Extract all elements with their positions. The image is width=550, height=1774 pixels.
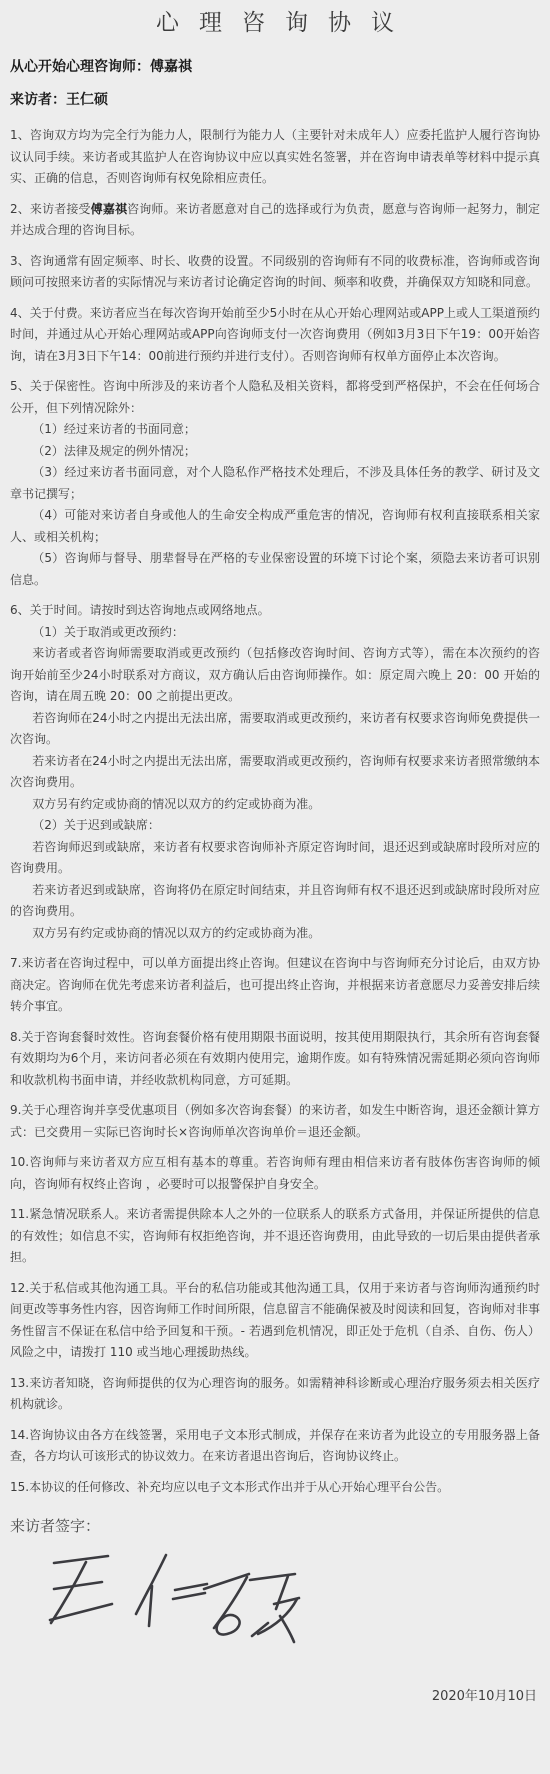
clause-6-item-1: （1）关于取消或更改预约： bbox=[10, 622, 540, 644]
clause-12: 12.关于私信或其他沟通工具。平台的私信功能或其他沟通工具，仅用于来访者与咨询师… bbox=[10, 1278, 540, 1364]
clause-8: 8.关于咨询套餐时效性。咨询套餐价格有使用期限书面说明，按其使用期限执行，其余所… bbox=[10, 1027, 540, 1092]
clause-14: 14.咨询协议由各方在线签署，采用电子文本形式制成，并保存在来访者为此设立的专用… bbox=[10, 1425, 540, 1468]
clause-4: 4、关于付费。来访者应当在每次咨询开始前至少5小时在从心开始心理网站或APP上或… bbox=[10, 303, 540, 368]
clause-6: 6、关于时间。请按时到达咨询地点或网络地点。 （1）关于取消或更改预约： 来访者… bbox=[10, 600, 540, 944]
visitor-line: 来访者：王仁硕 bbox=[10, 90, 540, 110]
page-title: 心理咨询协议 bbox=[10, 6, 540, 40]
clause-6-main: 6、关于时间。请按时到达咨询地点或网络地点。 bbox=[10, 600, 540, 622]
clause-9: 9.关于心理咨询并享受优惠项目（例如多次咨询套餐）的来访者，如发生中断咨询，退还… bbox=[10, 1100, 540, 1143]
clause-6-para-4: 双方另有约定或协商的情况以双方的约定或协商为准。 bbox=[10, 794, 540, 816]
clause-3: 3、咨询通常有固定频率、时长、收费的设置。不同级别的咨询师有不同的收费标准，咨询… bbox=[10, 251, 540, 294]
date-text: 2020年10月10日 bbox=[432, 1687, 537, 1707]
clause-list: 1、咨询双方均为完全行为能力人，限制行为能力人（主要针对未成年人）应委托监护人履… bbox=[10, 125, 540, 1498]
counselor-name-bold: 傅嘉祺 bbox=[91, 202, 127, 216]
clause-5-item-3: （3）经过来访者书面同意，对个人隐私作严格技术处理后，不涉及具体任务的教学、研讨… bbox=[10, 462, 540, 505]
counselor-line: 从心开始心理咨询师：傅嘉祺 bbox=[10, 57, 540, 77]
clause-2-prefix: 2、来访者接受 bbox=[10, 202, 91, 216]
clause-6-para-1: 来访者或者咨询师需要取消或更改预约（包括修改咨询时间、咨询方式等），需在本次预约… bbox=[10, 643, 540, 708]
clause-2: 2、来访者接受傅嘉祺咨询师。来访者愿意对自己的选择或行为负责，愿意与咨询师一起努… bbox=[10, 199, 540, 242]
clause-13: 13.来访者知晓，咨询师提供的仅为心理咨询的服务。如需精神科诊断或心理治疗服务须… bbox=[10, 1373, 540, 1416]
clause-6-item-2: （2）关于迟到或缺席： bbox=[10, 815, 540, 837]
handwritten-signature bbox=[42, 1546, 302, 1661]
clause-5: 5、关于保密性。咨询中所涉及的来访者个人隐私及相关资料，都将受到严格保护，不会在… bbox=[10, 376, 540, 591]
clause-5-item-5: （5）咨询师与督导、朋辈督导在严格的专业保密设置的环境下讨论个案，须隐去来访者可… bbox=[10, 548, 540, 591]
clause-7: 7.来访者在咨询过程中，可以单方面提出终止咨询。但建议在咨询中与咨询师充分讨论后… bbox=[10, 953, 540, 1018]
clause-11: 11.紧急情况联系人。来访者需提供除本人之外的一位联系人的联系方式备用，并保证所… bbox=[10, 1204, 540, 1269]
clause-6-para-5: 若咨询师迟到或缺席，来访者有权要求咨询师补齐原定咨询时间，退还迟到或缺席时段所对… bbox=[10, 837, 540, 880]
agreement-document: 心理咨询协议 从心开始心理咨询师：傅嘉祺 来访者：王仁硕 1、咨询双方均为完全行… bbox=[0, 0, 550, 1774]
clause-6-para-2: 若咨询师在24小时之内提出无法出席，需要取消或更改预约，来访者有权要求咨询师免费… bbox=[10, 708, 540, 751]
clause-5-main: 5、关于保密性。咨询中所涉及的来访者个人隐私及相关资料，都将受到严格保护，不会在… bbox=[10, 376, 540, 419]
clause-15: 15.本协议的任何修改、补充均应以电子文本形式作出并于从心开始心理平台公告。 bbox=[10, 1477, 540, 1499]
clause-10: 10.咨询师与来访者双方应互相有基本的尊重。若咨询师有理由相信来访者有肢体伤害咨… bbox=[10, 1152, 540, 1195]
clause-5-item-4: （4）可能对来访者自身或他人的生命安全构成严重危害的情况，咨询师有权利直接联系相… bbox=[10, 505, 540, 548]
signature-strokes-svg bbox=[42, 1546, 302, 1661]
clause-6-para-6: 若来访者迟到或缺席，咨询将仍在原定时间结束，并且咨询师有权不退还迟到或缺席时段所… bbox=[10, 880, 540, 923]
clause-5-item-2: （2）法律及规定的例外情况； bbox=[10, 441, 540, 463]
clause-6-para-7: 双方另有约定或协商的情况以双方的约定或协商为准。 bbox=[10, 923, 540, 945]
clause-1: 1、咨询双方均为完全行为能力人，限制行为能力人（主要针对未成年人）应委托监护人履… bbox=[10, 125, 540, 190]
clause-5-item-1: （1）经过来访者的书面同意； bbox=[10, 419, 540, 441]
signature-label: 来访者签字： bbox=[10, 1515, 540, 1537]
clause-6-para-3: 若来访者在24小时之内提出无法出席，需要取消或更改预约，咨询师有权要求来访者照常… bbox=[10, 751, 540, 794]
